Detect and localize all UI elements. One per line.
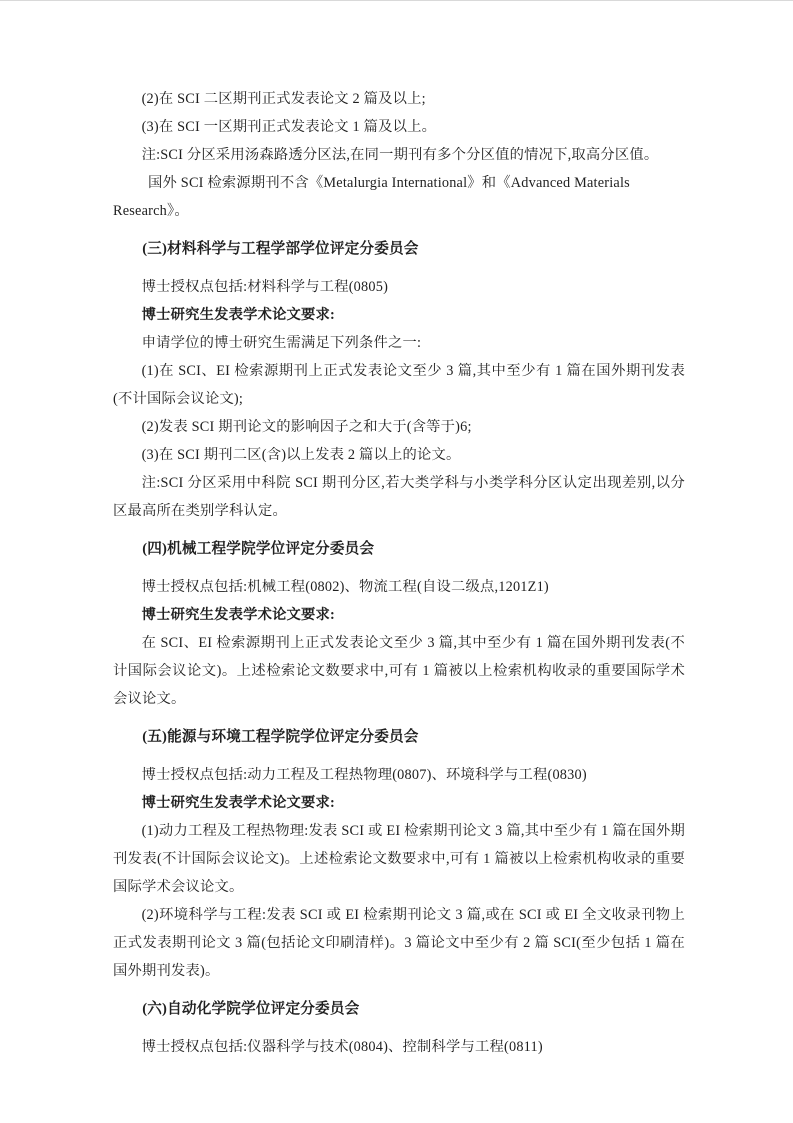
clause-sci-zone2: (2)在 SCI 二区期刊正式发表论文 2 篇及以上; (113, 85, 685, 113)
condition-intro-line: 申请学位的博士研究生需满足下列条件之一: (113, 329, 685, 357)
note-sci-partition: 注:SCI 分区采用汤森路透分区法,在同一期刊有多个分区值的情况下,取高分区值。 (113, 141, 685, 169)
authorization-points-line: 博士授权点包括:动力工程及工程热物理(0807)、环境科学与工程(0830) (113, 761, 685, 789)
clause-sci-zone1: (3)在 SCI 一区期刊正式发表论文 1 篇及以上。 (113, 113, 685, 141)
clause-zone2-2papers: (3)在 SCI 期刊二区(含)以上发表 2 篇以上的论文。 (113, 441, 685, 469)
authorization-points-line: 博士授权点包括:机械工程(0802)、物流工程(自设二级点,1201Z1) (113, 573, 685, 601)
clause-environmental-science: (2)环境科学与工程:发表 SCI 或 EI 检索期刊论文 3 篇,或在 SCI… (113, 901, 685, 985)
requirement-title: 博士研究生发表学术论文要求: (113, 601, 685, 629)
section-heading-mechanical-committee: (四)机械工程学院学位评定分委员会 (113, 535, 685, 563)
clause-power-engineering: (1)动力工程及工程热物理:发表 SCI 或 EI 检索期刊论文 3 篇,其中至… (113, 817, 685, 901)
authorization-points-line: 博士授权点包括:材料科学与工程(0805) (113, 273, 685, 301)
clause-impact-factor: (2)发表 SCI 期刊论文的影响因子之和大于(含等于)6; (113, 413, 685, 441)
requirement-body: 在 SCI、EI 检索源期刊上正式发表论文至少 3 篇,其中至少有 1 篇在国外… (113, 629, 685, 713)
note-cas-partition: 注:SCI 分区采用中科院 SCI 期刊分区,若大类学科与小类学科分区认定出现差… (113, 469, 685, 525)
section-heading-materials-committee: (三)材料科学与工程学部学位评定分委员会 (113, 235, 685, 263)
requirement-title: 博士研究生发表学术论文要求: (113, 789, 685, 817)
note-excluded-journals: 国外 SCI 检索源期刊不含《Metalurgia International》… (113, 169, 685, 225)
section-heading-energy-environment-committee: (五)能源与环境工程学院学位评定分委员会 (113, 723, 685, 751)
authorization-points-line: 博士授权点包括:仪器科学与技术(0804)、控制科学与工程(0811) (113, 1033, 685, 1061)
document-page: (2)在 SCI 二区期刊正式发表论文 2 篇及以上; (3)在 SCI 一区期… (0, 0, 793, 1123)
document-content: (2)在 SCI 二区期刊正式发表论文 2 篇及以上; (3)在 SCI 一区期… (113, 85, 685, 1061)
clause-sci-ei-3papers: (1)在 SCI、EI 检索源期刊上正式发表论文至少 3 篇,其中至少有 1 篇… (113, 357, 685, 413)
requirement-title: 博士研究生发表学术论文要求: (113, 301, 685, 329)
section-heading-automation-committee: (六)自动化学院学位评定分委员会 (113, 995, 685, 1023)
